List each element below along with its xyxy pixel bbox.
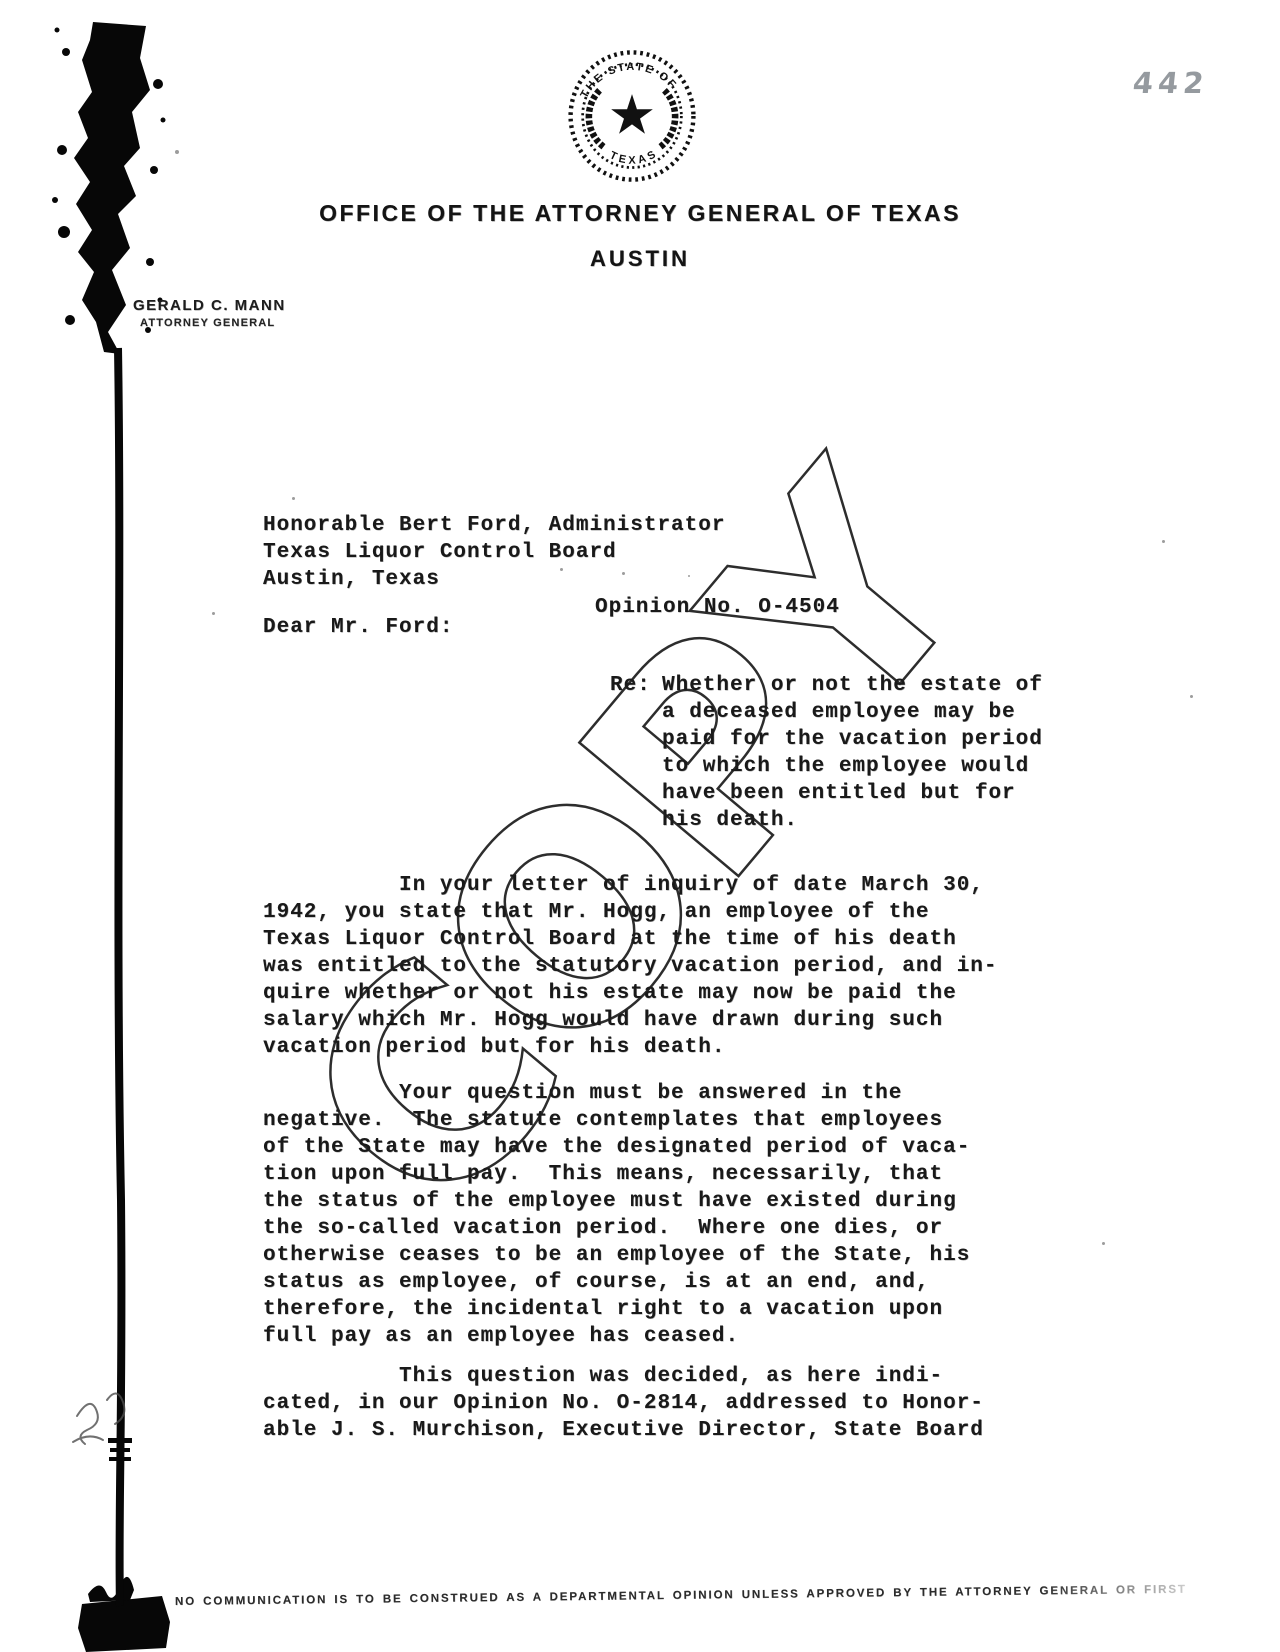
opinion-number: Opinion No. O-4504	[595, 594, 840, 621]
seal-text-bottom: TEXAS	[608, 147, 661, 167]
svg-text:TEXAS: TEXAS	[608, 147, 661, 167]
re-label: Re:	[610, 672, 651, 699]
scanned-letter-page: 442 THE STATE OF TEXAS OFFICE OF THE ATT…	[0, 0, 1280, 1652]
toner-speck	[1162, 540, 1165, 543]
toner-speck	[688, 575, 690, 577]
recipient-address-block: Honorable Bert Ford, Administrator Texas…	[263, 512, 725, 593]
body-paragraph-1: In your letter of inquiry of date March …	[263, 872, 998, 1061]
salutation: Dear Mr. Ford:	[263, 614, 453, 641]
attorney-general-title: ATTORNEY GENERAL	[140, 317, 275, 329]
body-paragraph-2: Your question must be answered in the ne…	[263, 1080, 970, 1350]
page-number-stamp: 442	[1131, 66, 1210, 100]
toner-speck	[560, 568, 563, 571]
toner-speck	[1190, 695, 1193, 698]
texas-state-seal-icon: THE STATE OF TEXAS	[566, 48, 698, 184]
toner-speck	[292, 497, 295, 500]
letterhead-city-line: AUSTIN	[0, 246, 1280, 272]
letterhead-office-line: OFFICE OF THE ATTORNEY GENERAL OF TEXAS	[0, 200, 1280, 227]
handwritten-scribble	[55, 1380, 175, 1500]
toner-speck	[212, 612, 215, 615]
attorney-general-name: GERALD C. MANN	[133, 297, 286, 314]
footer-disclaimer: NO COMMUNICATION IS TO BE CONSTRUED AS A…	[175, 1584, 1185, 1608]
toner-speck	[622, 572, 625, 575]
re-subject-block: Whether or not the estate of a deceased …	[662, 672, 1043, 834]
body-paragraph-3: This question was decided, as here indi-…	[263, 1363, 984, 1444]
toner-speck	[175, 150, 179, 154]
toner-speck	[1102, 1242, 1105, 1245]
